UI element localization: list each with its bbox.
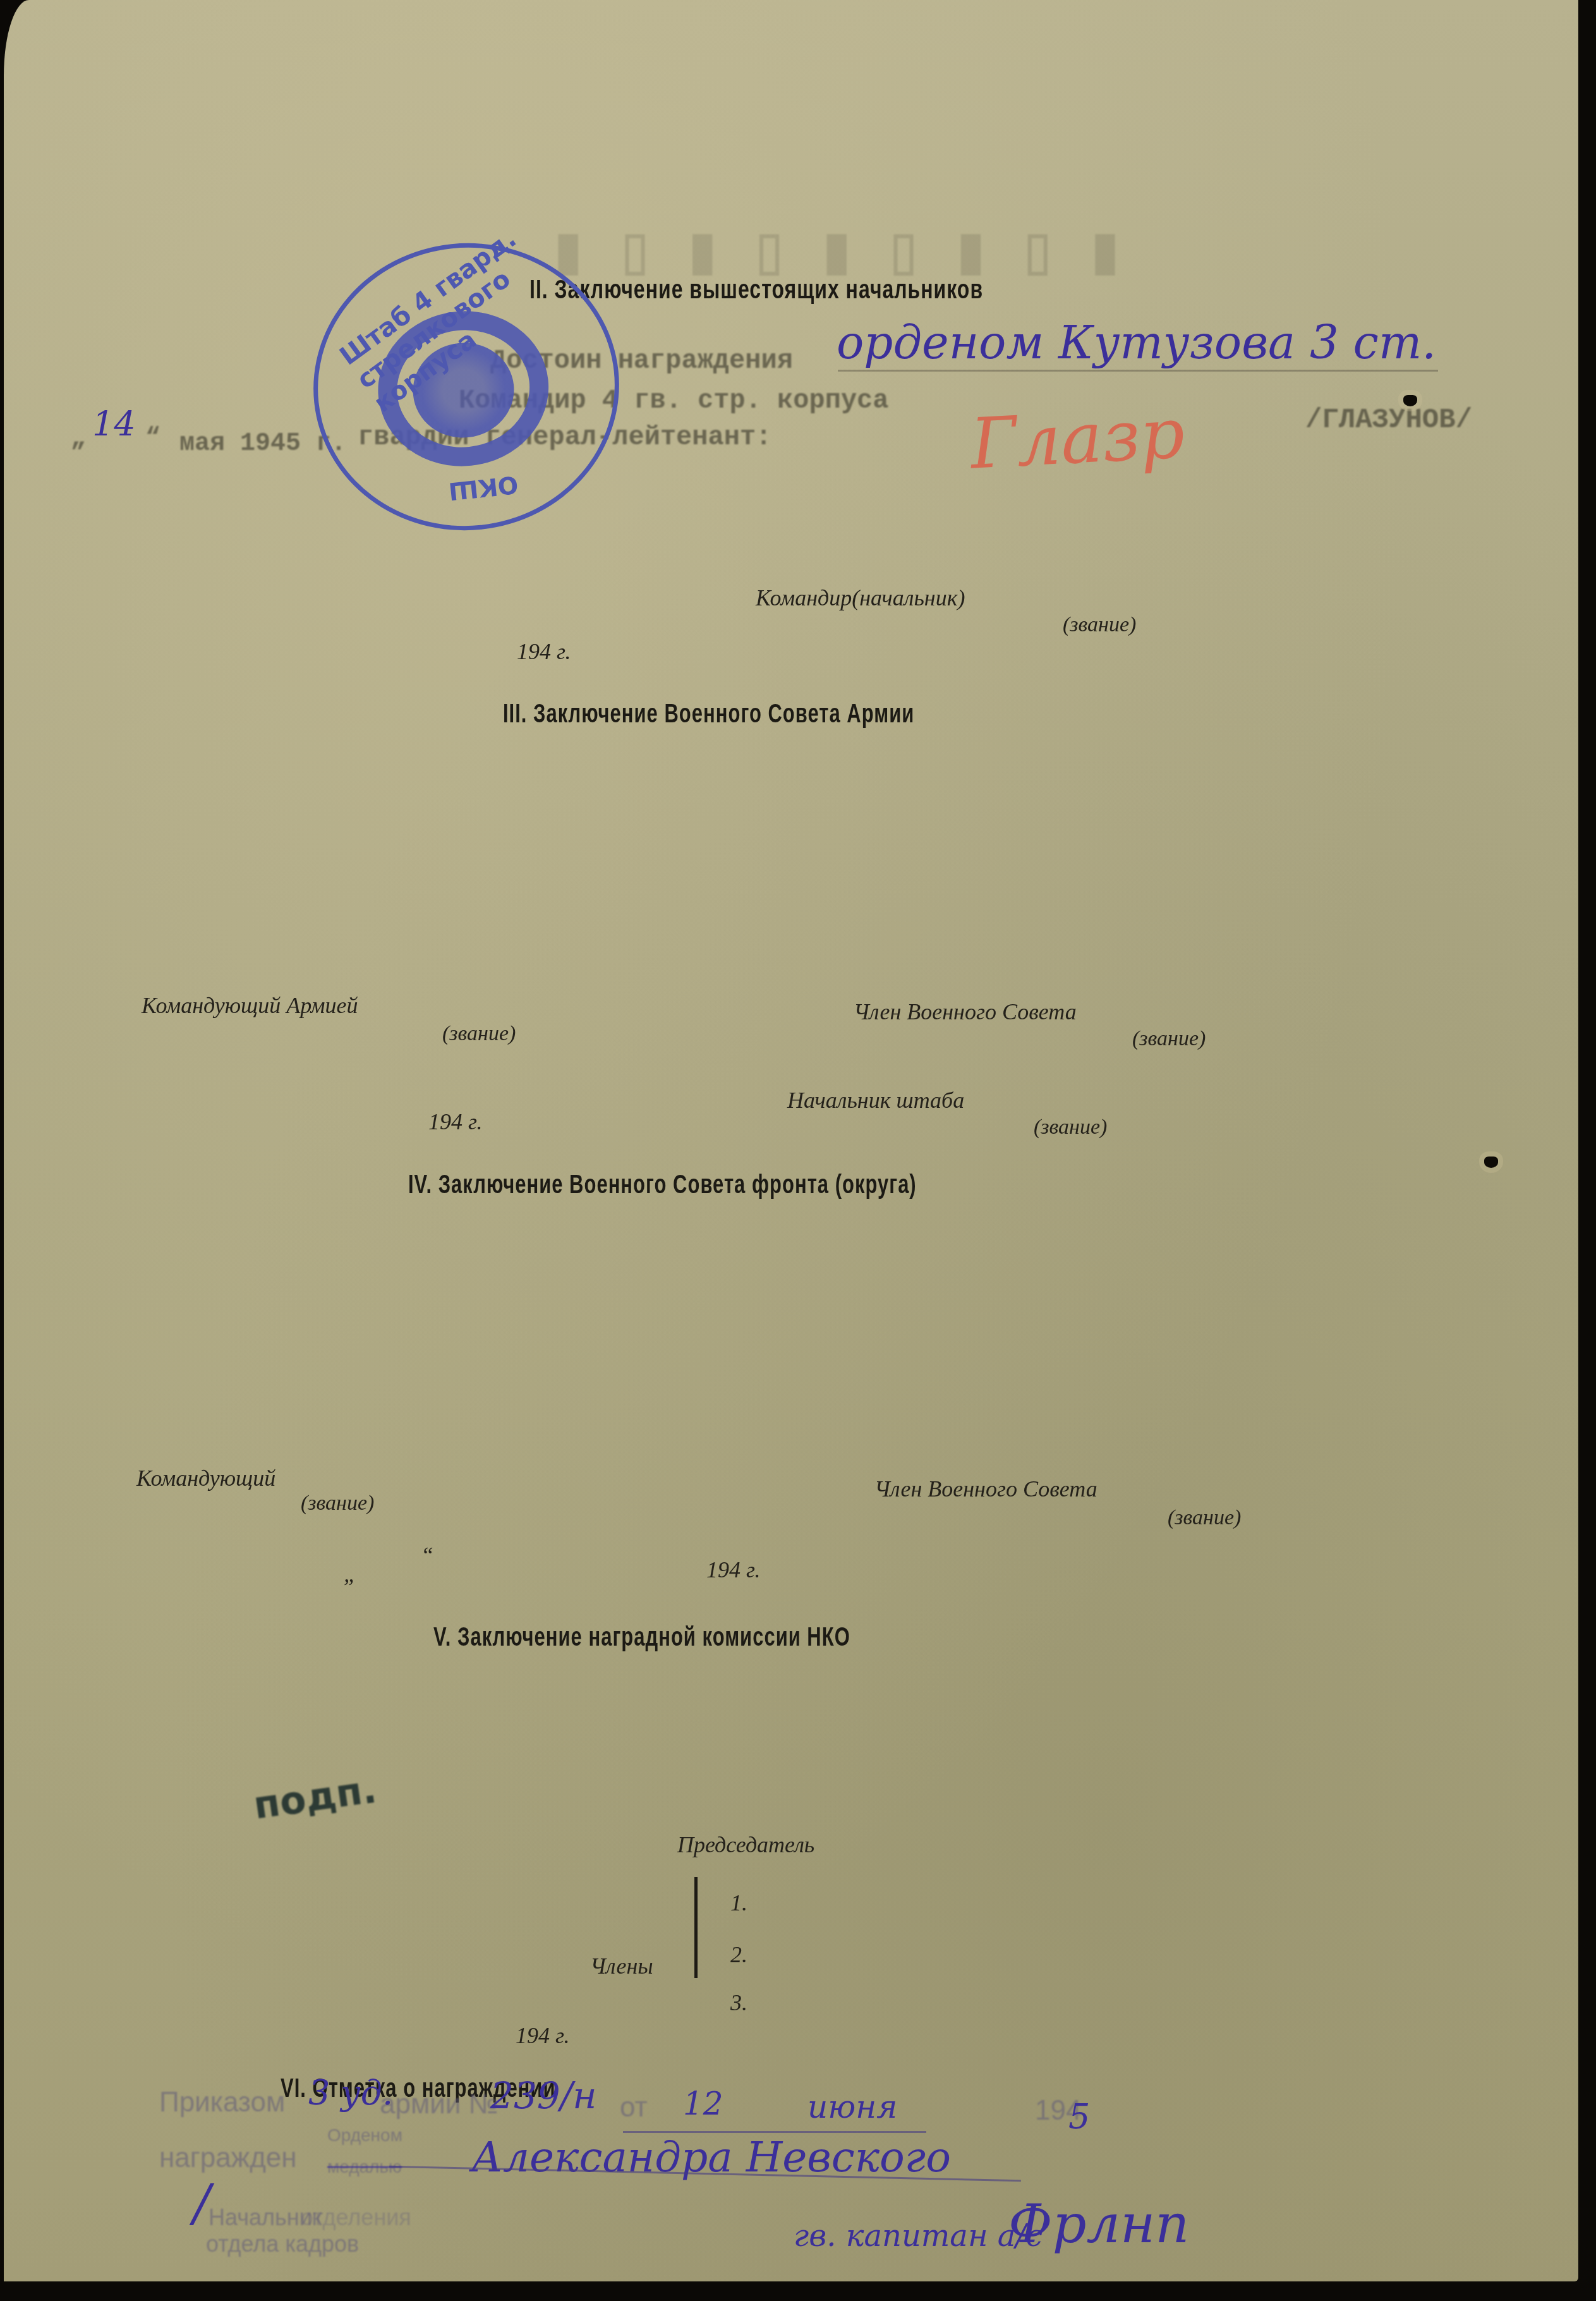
date-open-quote: „ — [71, 425, 86, 453]
section6-signer-label-1b: отделения — [301, 2204, 411, 2231]
date-close-quote: “ — [145, 425, 160, 453]
section6-signature: Фрлнп — [1008, 2193, 1189, 2255]
section6-signer-rank: гв. капитан а/с — [794, 2218, 1043, 2254]
section4-date-quote-left: „ — [344, 1561, 356, 1588]
section3-heading: III. Заключение Военного Совета Армии — [503, 698, 914, 729]
section5-members-label: Члены — [590, 1953, 653, 1979]
section6-army-label: армии № — [380, 2089, 499, 2120]
section3-council-member-label: Член Военного Совета — [854, 999, 1077, 1025]
section6-from-label: от — [620, 2092, 648, 2123]
section3-army-commander-label: Командующий Армией — [142, 992, 358, 1019]
section2-signature-red: Глазр — [969, 392, 1187, 485]
section6-award-order: Орденом — [327, 2125, 402, 2146]
section6-month: июня — [807, 2089, 897, 2125]
section4-heading: IV. Заключение Военного Совета фронта (о… — [408, 1169, 917, 1200]
section4-date-template: 194 г. — [706, 1557, 761, 1583]
section3-army-commander-rank: (звание) — [442, 1022, 516, 1046]
document-sheet: ▮▯▮▯▮▯▮▯▮ II. Заключение вышестоящих нач… — [4, 0, 1578, 2281]
section6-order-number: 239/н — [490, 2074, 596, 2117]
section3-date-template: 194 г. — [428, 1108, 483, 1135]
section3-chief-of-staff-label: Начальник штаба — [787, 1087, 964, 1114]
section4-date-quote-right: “ — [421, 1542, 433, 1569]
section5-member-3: 3. — [730, 1989, 747, 2016]
section5-member-2: 2. — [730, 1941, 747, 1968]
section5-members-bracket — [694, 1877, 698, 1978]
section2-award-handwritten: орденом Кутузова 3 ст. — [837, 316, 1436, 369]
section4-council-member-label: Член Военного Совета — [874, 1476, 1097, 1502]
section2-signer-name: /ГЛАЗУНОВ/ — [1305, 404, 1472, 436]
section2-commander-label: Командир(начальник) — [756, 585, 965, 611]
section3-council-member-rank: (звание) — [1132, 1027, 1206, 1051]
section3-chief-of-staff-rank: (звание) — [1034, 1115, 1107, 1139]
section4-commander-label: Командующий — [136, 1465, 275, 1491]
section2-rank-label: (звание) — [1063, 613, 1136, 637]
section6-order-label: Приказом — [159, 2087, 285, 2118]
section2-heading: II. Заключение вышестоящих начальников — [529, 274, 983, 305]
section2-date-template: 194 г. — [517, 638, 571, 665]
staple-hole-middle — [1484, 1157, 1498, 1168]
section6-signer-tick: / — [193, 2174, 210, 2233]
section2-line1-underline — [838, 370, 1438, 372]
section6-day: 12 — [683, 2085, 723, 2122]
section4-council-member-rank: (звание) — [1168, 1506, 1241, 1530]
section6-year-handwritten: 5 — [1068, 2097, 1090, 2137]
section4-commander-rank: (звание) — [301, 1491, 374, 1515]
section6-awarded-label: награжден — [159, 2142, 297, 2174]
stamp-text-bottom: ОКШ — [447, 470, 519, 505]
section5-date-template: 194 г. — [516, 2022, 570, 2049]
section5-chairman-label: Председатель — [677, 1831, 814, 1858]
section5-margin-scribble: подп. — [251, 1768, 379, 1829]
section5-member-1: 1. — [730, 1890, 747, 1916]
section2-date-day: 14 — [92, 404, 136, 444]
section6-signer-label-2: отдела кадров — [206, 2231, 359, 2257]
staple-hole-top — [1403, 395, 1417, 406]
section5-heading: V. Заключение наградной комиссии НКО — [433, 1622, 850, 1653]
